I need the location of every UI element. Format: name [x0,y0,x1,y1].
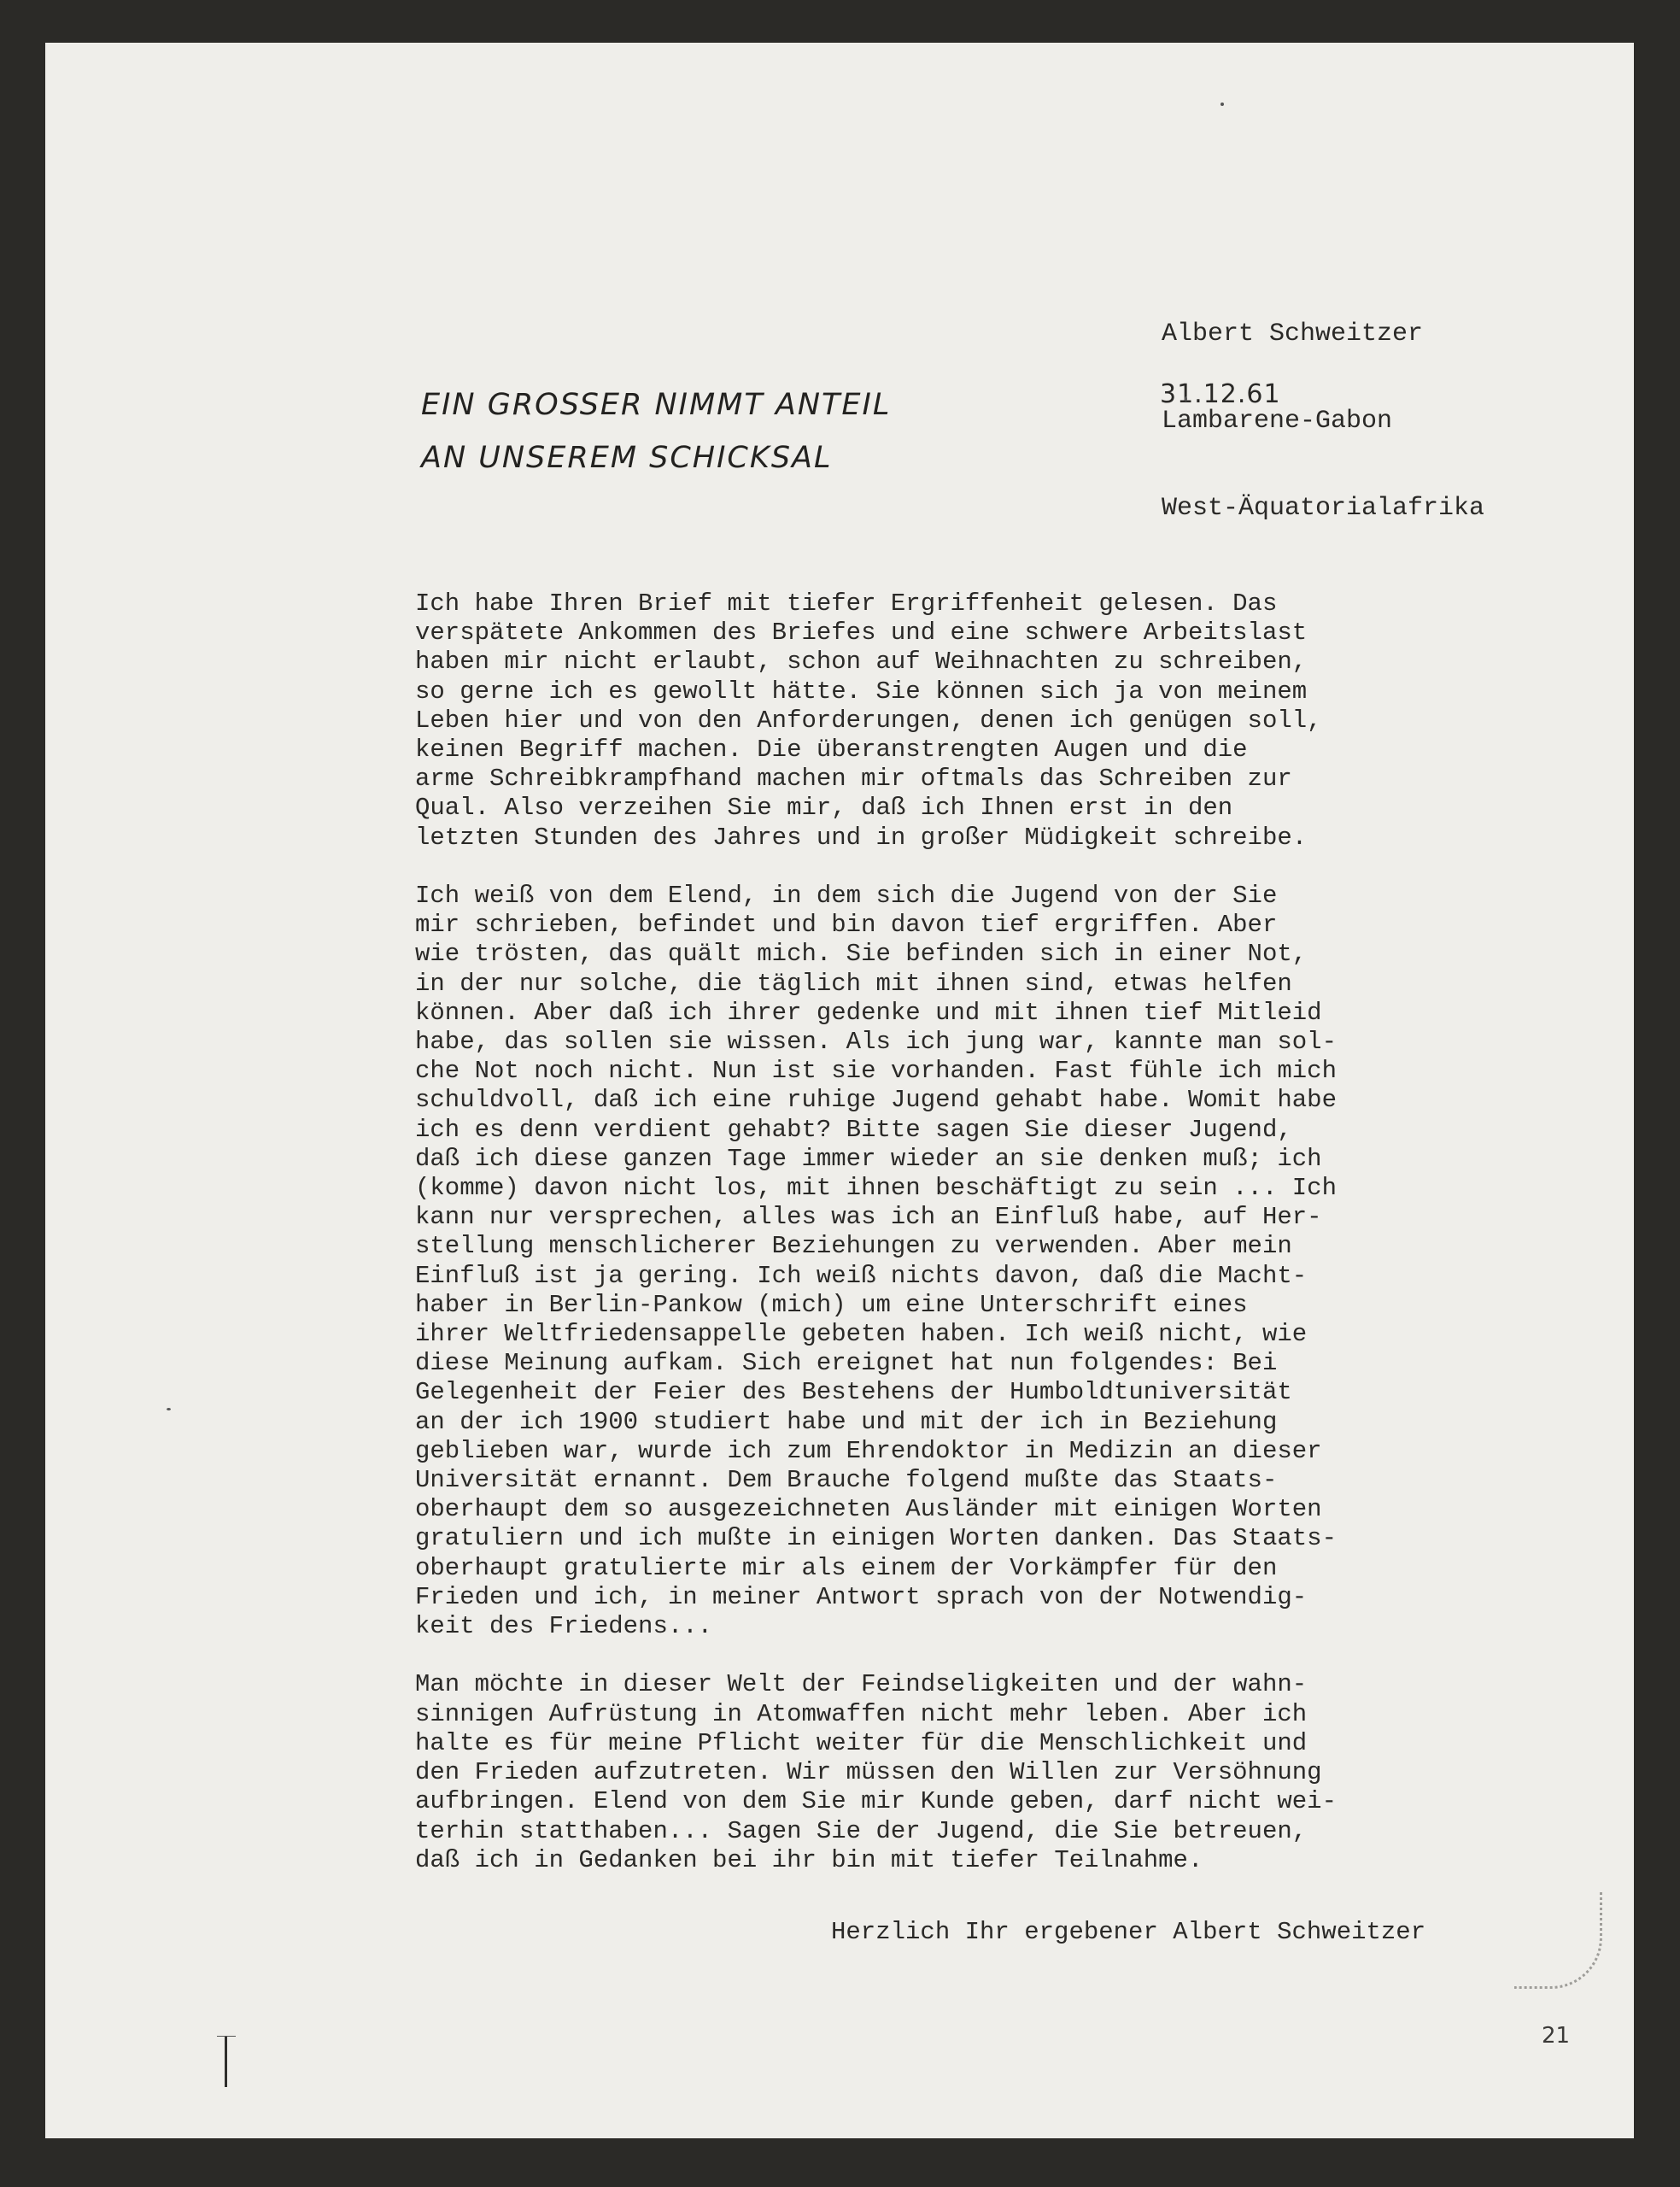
text-line: keinen Begriff machen. Die überanstrengt… [415,736,1337,765]
headline-line: AN UNSEREM SCHICKSAL [421,431,891,484]
text-line: keit des Friedens... [415,1612,1337,1641]
text-line: können. Aber daß ich ihrer gedenke und m… [415,999,1337,1028]
text-line: oberhaupt dem so ausgezeichneten Ausländ… [415,1495,1337,1524]
text-line: Leben hier und von den Anforderungen, de… [415,707,1337,736]
sender-name: Albert Schweitzer [1162,320,1484,349]
text-line: che Not noch nicht. Nun ist sie vorhande… [415,1057,1337,1086]
text-line: Qual. Also verzeihen Sie mir, daß ich Ih… [415,794,1337,823]
text-line: kann nur versprechen, alles was ich an E… [415,1203,1337,1232]
paragraph: Ich habe Ihren Brief mit tiefer Ergriffe… [415,589,1337,853]
text-line: daß ich in Gedanken bei ihr bin mit tief… [415,1846,1337,1875]
text-line: aufbringen. Elend von dem Sie mir Kunde … [415,1787,1337,1816]
text-line: Man möchte in dieser Welt der Feindselig… [415,1670,1337,1699]
text-line: an der ich 1900 studiert habe und mit de… [415,1408,1337,1437]
headline: EIN GROSSER NIMMT ANTEIL AN UNSEREM SCHI… [421,378,891,484]
text-line: gratuliern und ich mußte in einigen Wort… [415,1524,1337,1553]
text-line: Ich habe Ihren Brief mit tiefer Ergriffe… [415,589,1337,619]
text-line: in der nur solche, die täglich mit ihnen… [415,970,1337,999]
text-line: wie trösten, das quält mich. Sie befinde… [415,940,1337,969]
paragraph: Ich weiß von dem Elend, in dem sich die … [415,882,1337,1641]
sender-region: West-Äquatorialafrika [1162,494,1484,523]
text-line: oberhaupt gratulierte mir als einem der … [415,1554,1337,1583]
paper-speck [167,1408,171,1410]
text-line: geblieben war, wurde ich zum Ehrendoktor… [415,1437,1337,1466]
text-line: habe, das sollen sie wissen. Als ich jun… [415,1028,1337,1057]
text-line: halte es für meine Pflicht weiter für di… [415,1729,1337,1758]
headline-line: EIN GROSSER NIMMT ANTEIL [421,378,891,431]
text-line: diese Meinung aufkam. Sich ereignet hat … [415,1349,1337,1378]
text-line: (komme) davon nicht los, mit ihnen besch… [415,1174,1337,1203]
text-line: so gerne ich es gewollt hätte. Sie könne… [415,677,1337,707]
paper-speck [1220,103,1224,106]
sender-place: Lambarene-Gabon [1162,407,1484,436]
text-line: schuldvoll, daß ich eine ruhige Jugend g… [415,1086,1337,1115]
text-line: mir schrieben, befindet und bin davon ti… [415,911,1337,940]
text-line: haben mir nicht erlaubt, schon auf Weihn… [415,648,1337,677]
text-line: Ich weiß von dem Elend, in dem sich die … [415,882,1337,911]
text-line: terhin statthaben... Sagen Sie der Jugen… [415,1817,1337,1846]
letter-body: Ich habe Ihren Brief mit tiefer Ergriffe… [415,589,1337,1904]
letter-date: 31.12.61 [1160,379,1281,409]
closing-signature: Herzlich Ihr ergebener Albert Schweitzer [831,1918,1425,1946]
text-line: stellung menschlicherer Beziehungen zu v… [415,1232,1337,1261]
handwritten-bracket-mark [1514,1892,1602,1989]
paper-speck [1185,396,1187,402]
sender-address: Albert Schweitzer Lambarene-Gabon West-Ä… [1162,261,1484,581]
text-line: sinnigen Aufrüstung in Atomwaffen nicht … [415,1700,1337,1729]
paragraph: Man möchte in dieser Welt der Feindselig… [415,1670,1337,1874]
text-line: Universität ernannt. Dem Brauche folgend… [415,1466,1337,1495]
letter-page: Albert Schweitzer Lambarene-Gabon West-Ä… [45,43,1634,2138]
text-line: Gelegenheit der Feier des Bestehens der … [415,1378,1337,1407]
text-line: den Frieden aufzutreten. Wir müssen den … [415,1758,1337,1787]
text-line: haber in Berlin-Pankow (mich) um eine Un… [415,1291,1337,1320]
text-line: arme Schreibkrampfhand machen mir oftmal… [415,765,1337,794]
text-line: Frieden und ich, in meiner Antwort sprac… [415,1583,1337,1612]
text-line: verspätete Ankommen des Briefes und eine… [415,619,1337,648]
text-line: Einfluß ist ja gering. Ich weiß nichts d… [415,1262,1337,1291]
text-line: letzten Stunden des Jahres und in großer… [415,824,1337,853]
margin-mark [225,2036,227,2087]
text-line: daß ich diese ganzen Tage immer wieder a… [415,1145,1337,1174]
text-line: ich es denn verdient gehabt? Bitte sagen… [415,1116,1337,1145]
page-number: 21 [1542,2023,1570,2049]
text-line: ihrer Weltfriedensappelle gebeten haben.… [415,1320,1337,1349]
